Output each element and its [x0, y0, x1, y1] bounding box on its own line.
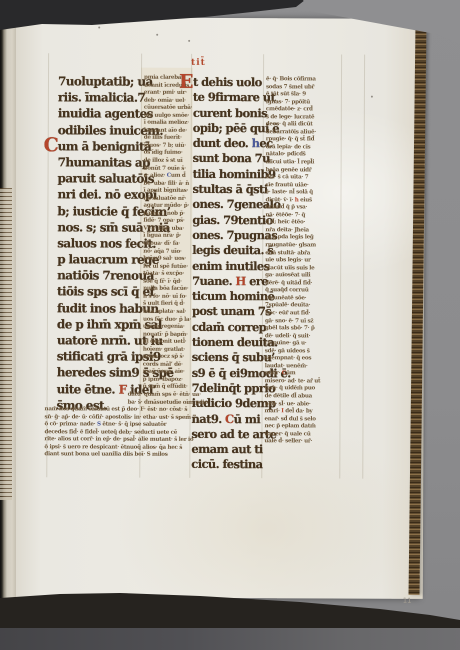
text-line: cdam̄ correp	[192, 320, 276, 336]
text-segment: um ā benignitā	[58, 139, 152, 153]
text-line: tionem deuita.	[192, 335, 276, 351]
text-segment: ūm	[286, 371, 295, 377]
text-line: heredes sim9 s̄ spē	[57, 365, 149, 382]
interlinear-gloss-column: pmia clarebat·uennit īcreduliserant· pmi…	[143, 75, 194, 392]
manuscript-page: tit̄ 7uoluptatib; uariis. īmalicia.7inui…	[13, 17, 426, 599]
text-line: inuidia agentes	[58, 106, 150, 123]
background-bottom	[0, 628, 460, 650]
text-line: 7humanitas ap	[58, 154, 150, 171]
text-line: paruit saluatōis	[58, 170, 150, 187]
text-segment: del̄ da· by	[284, 408, 313, 414]
text-line: curent bonis	[193, 105, 277, 121]
text-line: odibiles inuicem.	[58, 122, 150, 139]
text-segment: uite ētne.	[57, 382, 119, 396]
text-line: sero ad te arte	[191, 427, 275, 443]
text-line: p̄ spm̄ q̄ effūdit·	[143, 384, 193, 392]
text-line: 7uane. H ere	[192, 274, 276, 290]
text-line: saluos nos fecit.	[57, 235, 149, 252]
text-line: emam aut ti	[191, 442, 275, 458]
ink-speck	[98, 26, 100, 28]
text-line: enim inutiles	[192, 258, 276, 274]
text-line: 7uoluptatib; ua	[58, 73, 150, 90]
text-line: natiōis 7renoua	[57, 268, 149, 285]
ink-speck	[156, 34, 158, 36]
text-line: te 9firmare ut	[193, 90, 277, 106]
text-line: stultas ā q̄sti	[192, 182, 276, 198]
text-line: gias. 79tentiō	[192, 213, 276, 229]
text-segment: ū mi	[234, 412, 261, 426]
text-line: nos. s; sm̄ suā miā	[57, 219, 149, 236]
decorated-initial: H	[235, 274, 245, 288]
text-segment: mari·	[265, 408, 282, 414]
text-line: uale d̄· seller· ur̄·	[264, 438, 330, 446]
text-line: stificati grā ipsi9	[57, 348, 149, 365]
text-line: nri dei. nō exopi	[57, 187, 149, 204]
decorated-initial: C	[44, 136, 59, 155]
text-line: s9 ē q̄ ei9modi ē.	[192, 366, 276, 382]
text-line: sunt bona 7u	[193, 151, 277, 167]
text-segment: ō cō· prima· nade·	[44, 421, 97, 427]
ruling-line	[362, 55, 365, 479]
text-segment: eius̄	[299, 197, 312, 203]
text-segment: nūq̄r·	[265, 371, 282, 377]
text-line: de p ihm̄ xpm̄ sal	[57, 316, 149, 333]
text-line: tiōis sps scī q̄ ef	[57, 284, 149, 301]
text-line: 7delinq̄t pprio	[192, 381, 276, 397]
text-line: ones. 7pugnas	[192, 228, 276, 244]
text-line: Cum ā benignitā	[58, 138, 150, 155]
text-segment: um d̄	[171, 173, 186, 179]
decorated-initial: E	[179, 73, 193, 92]
gutter-pages-edge	[0, 0, 16, 650]
text-segment: 7uane.	[192, 274, 235, 288]
running-title: tit̄	[191, 58, 206, 68]
text-line: nat9. Cū mi	[191, 411, 275, 427]
folio-number: 11	[403, 597, 412, 605]
text-line: cicū. festina	[191, 457, 275, 473]
text-segment: ētne· s̄· q̄ ipse saluatōr	[101, 422, 167, 428]
text-line: tilia hominib9	[193, 167, 277, 183]
text-line: uatorē nrm̄. ut iu	[57, 332, 149, 349]
text-line: ticum hominē	[192, 289, 276, 305]
marginal-gloss-column: ē· q̄· Bois cōfirmasodas 7 s̄mel ubr̄ē t…	[264, 76, 332, 446]
text-line: Et dehis uolo	[193, 75, 277, 91]
ink-speck	[188, 40, 190, 42]
text-line: fudit inos habun	[57, 300, 149, 317]
text-segment: t dehis uolo	[193, 75, 262, 89]
text-line: legis deuita. s̄	[192, 243, 276, 259]
text-segment: dicūt· v̄· ī·	[265, 197, 294, 203]
text-segment: e· alioz·	[144, 173, 167, 179]
text-line: sciens q̄ subu’	[192, 350, 276, 366]
manuscript-photo: tit̄ 7uoluptatib; uariis. īmalicia.7inui…	[0, 0, 460, 650]
text-line: opib; pēē qui ē	[193, 121, 277, 137]
main-text-column-1: 7uoluptatib; uariis. īmalicia.7inuidia a…	[57, 73, 150, 413]
text-line: b; iusticie q̄ fecim’	[57, 203, 149, 220]
text-line: p lauacrum rege	[57, 251, 149, 268]
decorated-initial: C	[225, 412, 234, 426]
decorated-initial: F	[119, 382, 127, 396]
text-segment: dunt deo.	[193, 136, 252, 150]
decorated-initial: h	[252, 136, 260, 150]
text-line: post unam 7s̄	[192, 304, 276, 320]
bottom-gloss-intro: datū· quam̄ sps ē· ētn̄· ua·ba· s̄· dmās…	[128, 392, 200, 407]
text-line: diant sunt bona uel uanilia diis boī· S …	[44, 452, 200, 460]
text-line: riis. īmalicia.7	[58, 89, 150, 106]
ink-speck	[371, 96, 373, 98]
text-line: ones. 7genealo	[192, 197, 276, 213]
ruling-line	[339, 55, 342, 479]
page-fore-edge	[409, 27, 427, 595]
text-line: dunt deo. hec	[193, 136, 277, 152]
bottom-gloss-block: nam̄ nos quam̄ saluatū est p̄ deo· F· ēs…	[44, 406, 200, 460]
